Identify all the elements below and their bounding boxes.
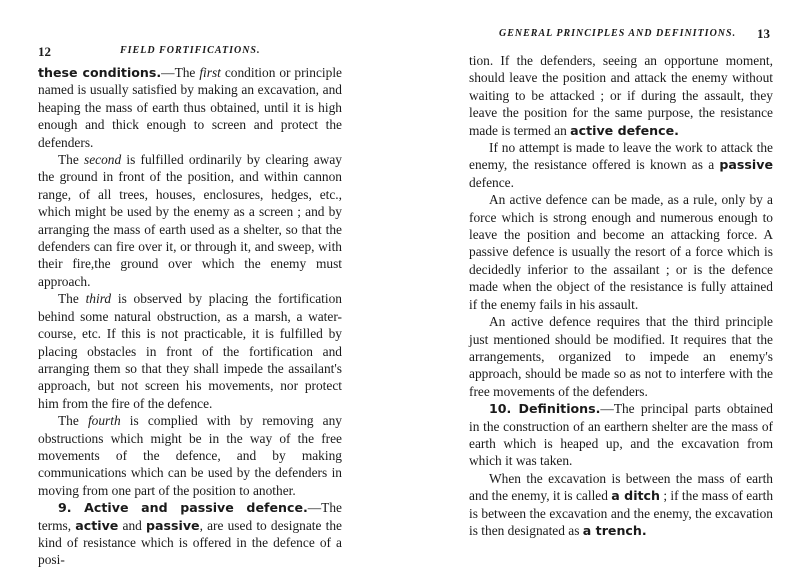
paragraph: An active defence requires that the thir… (469, 313, 773, 400)
text: —The (161, 65, 199, 80)
bold-term: active (75, 518, 118, 533)
page-number: 13 (757, 26, 770, 42)
paragraph: The third is observed by placing the for… (38, 290, 342, 412)
text: The (58, 152, 84, 167)
left-page: 12 FIELD FORTIFICATIONS. these condition… (0, 0, 405, 584)
bold-term: passive (146, 518, 200, 533)
italic-text: first (199, 65, 221, 80)
paragraph: these conditions.—The first condition or… (38, 64, 342, 151)
text: and (118, 518, 146, 533)
right-page: GENERAL PRINCIPLES AND DEFINITIONS. 13 t… (405, 0, 810, 584)
section-heading-paragraph: 10. Definitions.—The principal parts obt… (469, 400, 773, 470)
section-heading: 10. Definitions. (489, 401, 600, 416)
bold-lead: these conditions. (38, 65, 161, 80)
italic-text: fourth (88, 413, 121, 428)
paragraph: tion. If the defenders, seeing an opport… (469, 52, 773, 139)
section-heading-paragraph: 9. Active and passive defence.—The terms… (38, 499, 342, 569)
paragraph: The fourth is complied with by removing … (38, 412, 342, 499)
bold-term: a trench. (583, 523, 647, 538)
text: is fulfilled ordinarily by clearing away… (38, 152, 342, 289)
page-body: tion. If the defenders, seeing an opport… (469, 52, 773, 539)
page-number: 12 (38, 44, 51, 60)
italic-text: second (84, 152, 121, 167)
section-heading: 9. Active and passive defence. (58, 500, 308, 515)
text: An active defence requires that the thir… (469, 314, 773, 399)
text: The (58, 291, 86, 306)
text: The (58, 413, 88, 428)
bold-term: passive (719, 157, 773, 172)
running-head: GENERAL PRINCIPLES AND DEFINITIONS. (499, 28, 736, 39)
text: defence. (469, 175, 514, 190)
italic-text: third (86, 291, 112, 306)
text: An active defence can be made, as a rule… (469, 192, 773, 311)
bold-term: active defence. (570, 123, 679, 138)
paragraph: The second is fulfilled ordinarily by cl… (38, 151, 342, 290)
paragraph: An active defence can be made, as a rule… (469, 191, 773, 313)
text: is observed by placing the fortification… (38, 291, 342, 410)
paragraph: If no attempt is made to leave the work … (469, 139, 773, 191)
paragraph: When the excavation is between the mass … (469, 470, 773, 540)
running-head: FIELD FORTIFICATIONS. (120, 45, 260, 56)
page-body: these conditions.—The first condition or… (38, 64, 342, 569)
bold-term: a ditch (611, 488, 660, 503)
